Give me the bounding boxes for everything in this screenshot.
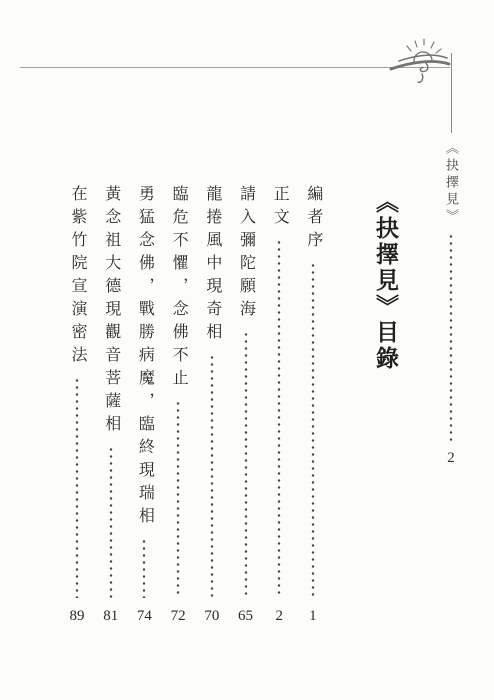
toc-entry-main-text: 正文 2 [267,185,291,625]
dot-leader [210,354,214,598]
toc-entry-page: 89 [70,607,85,625]
toc-entry-page: 74 [137,607,152,625]
toc-entry-page: 65 [238,607,253,625]
toc-entry-title: 勇猛念佛，戰勝病魔，臨終現瑞相 [132,185,156,530]
sun-swoosh-bird-icon [389,37,455,89]
header-rule [20,67,450,68]
toc-entry-title: 龍捲風中現奇相 [200,185,224,346]
running-head-dot-leader [449,233,453,441]
toc-page-title: 《抉擇見》目錄 [370,190,400,372]
toc-entry-page: 70 [204,607,219,625]
toc-entry-zizhuyuan-teaching: 在紫竹院宣演密法 89 [65,185,89,625]
toc-entry-title: 臨危不懼，念佛不止 [166,185,190,392]
toc-entry-page: 1 [309,607,317,625]
toc-entry-page: 81 [103,607,118,625]
toc-entry-huang-nianzu-vision: 黃念祖大德現觀音菩薩相 81 [99,185,123,625]
toc-entry-page: 2 [275,607,283,625]
running-head: 《抉擇見》 2 [441,141,461,467]
book-page: 《抉擇見》 2 《抉擇見》目錄 編者序 1 正文 2 請入彌陀願海 65 龍捲風… [0,0,494,700]
dot-leader [277,239,281,598]
toc-entry-editors-preface: 編者序 1 [301,185,325,625]
toc-entry-title: 在紫竹院宣演密法 [65,185,89,369]
toc-entry-tornado-miracle: 龍捲風中現奇相 70 [200,185,224,625]
dot-leader [176,400,180,598]
toc-entry-title: 正文 [267,185,291,231]
dot-leader [109,446,113,598]
dot-leader [311,262,315,598]
toc-entry-amitabha-vow-ocean: 請入彌陀願海 65 [234,185,258,625]
toc-entry-page: 72 [171,607,186,625]
toc-entry-fearless-recitation: 臨危不懼，念佛不止 72 [166,185,190,625]
running-head-book-title: 《抉擇見》 [442,141,460,226]
toc-list: 編者序 1 正文 2 請入彌陀願海 65 龍捲風中現奇相 70 臨危不懼，念佛不… [65,185,325,625]
toc-entry-title: 編者序 [301,185,325,254]
margin-rule [451,53,452,133]
toc-entry-conquer-illness: 勇猛念佛，戰勝病魔，臨終現瑞相 74 [132,185,156,625]
running-head-page-number: 2 [447,450,455,467]
toc-entry-title: 請入彌陀願海 [234,185,258,323]
dot-leader [244,331,248,598]
dot-leader [142,538,146,598]
toc-entry-title: 黃念祖大德現觀音菩薩相 [99,185,123,438]
dot-leader [75,377,79,598]
